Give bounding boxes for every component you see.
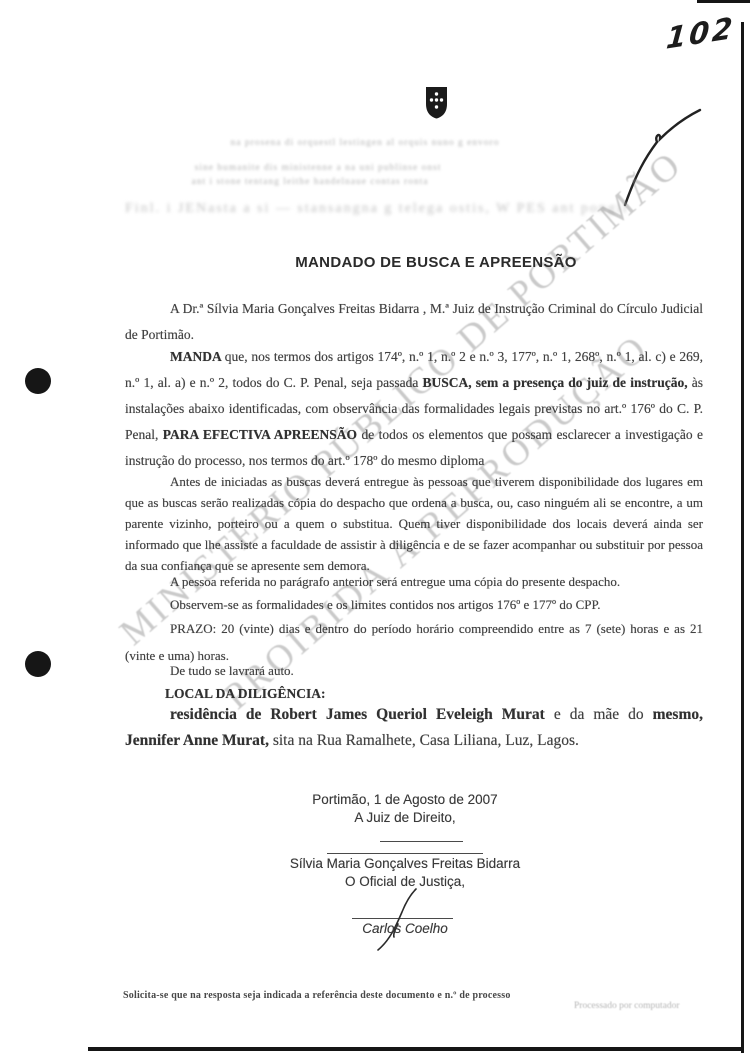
addressee-paragraph: A Dr.ª Sílvia Maria Gonçalves Freitas Bi… xyxy=(125,296,703,348)
scanned-warrant-page: 102 na prosena di orquestl lestingen al … xyxy=(0,0,750,1053)
signature-line-long xyxy=(327,853,483,854)
judge-role-line: A Juiz de Direito, xyxy=(354,810,455,825)
document-title: MANDADO DE BUSCA E APREENSÃO xyxy=(295,254,576,271)
scan-edge-bottom-line xyxy=(88,1047,742,1051)
scan-edge-right-line xyxy=(741,22,744,1053)
copy-note-paragraph: A pessoa referida no parágrafo anterior … xyxy=(125,571,703,592)
footer-reference-note: Solicita-se que na resposta seja indicad… xyxy=(123,990,511,1001)
record-note-paragraph: De tudo se lavrará auto. xyxy=(125,660,703,681)
order-seg-apreensao: PARA EFECTIVA APREENSÃO xyxy=(163,427,357,442)
portugal-shield-icon xyxy=(424,86,449,119)
judge-name: Sílvia Maria Gonçalves Freitas Bidarra xyxy=(290,856,520,871)
order-seg-manda: MANDA xyxy=(170,349,225,364)
clerk-name: Carlos Coelho xyxy=(362,921,448,936)
hole-punch-top xyxy=(25,368,51,394)
letterhead-line-3: ant i stone tentang leithe handelnaue co… xyxy=(191,177,428,187)
order-paragraph: MANDA que, nos termos dos artigos 174º, … xyxy=(125,344,703,474)
formalities-paragraph: Observem-se as formalidades e os limites… xyxy=(125,594,703,615)
notice-paragraph: Antes de iniciadas as buscas deverá entr… xyxy=(125,471,703,576)
letterhead-line-1: na prosena di orquestl lestingen al orqu… xyxy=(231,138,500,148)
letterhead-line-2: sine humanite dis ministenne a na uni pu… xyxy=(195,163,442,173)
hole-punch-bottom xyxy=(25,651,51,677)
footer-processing-note: Processado por computador xyxy=(574,1001,680,1011)
place-date-line: Portimão, 1 de Agosto de 2007 xyxy=(312,792,497,807)
signature-squiggle xyxy=(360,882,430,954)
signature-line-short xyxy=(380,841,463,842)
location-seg-address: sita na Rua Ramalhete, Casa Liliana, Luz… xyxy=(269,732,579,749)
location-paragraph: residência de Robert James Queriol Evele… xyxy=(125,702,703,754)
order-seg-busca: BUSCA, sem a presença do juiz de instruç… xyxy=(423,375,688,390)
location-seg-residence: residência de Robert James Queriol Evele… xyxy=(170,706,545,723)
scan-edge-top-line xyxy=(697,0,750,3)
handwritten-page-number: 102 xyxy=(665,10,737,56)
location-seg-and-mother: e da mãe do xyxy=(545,706,653,723)
